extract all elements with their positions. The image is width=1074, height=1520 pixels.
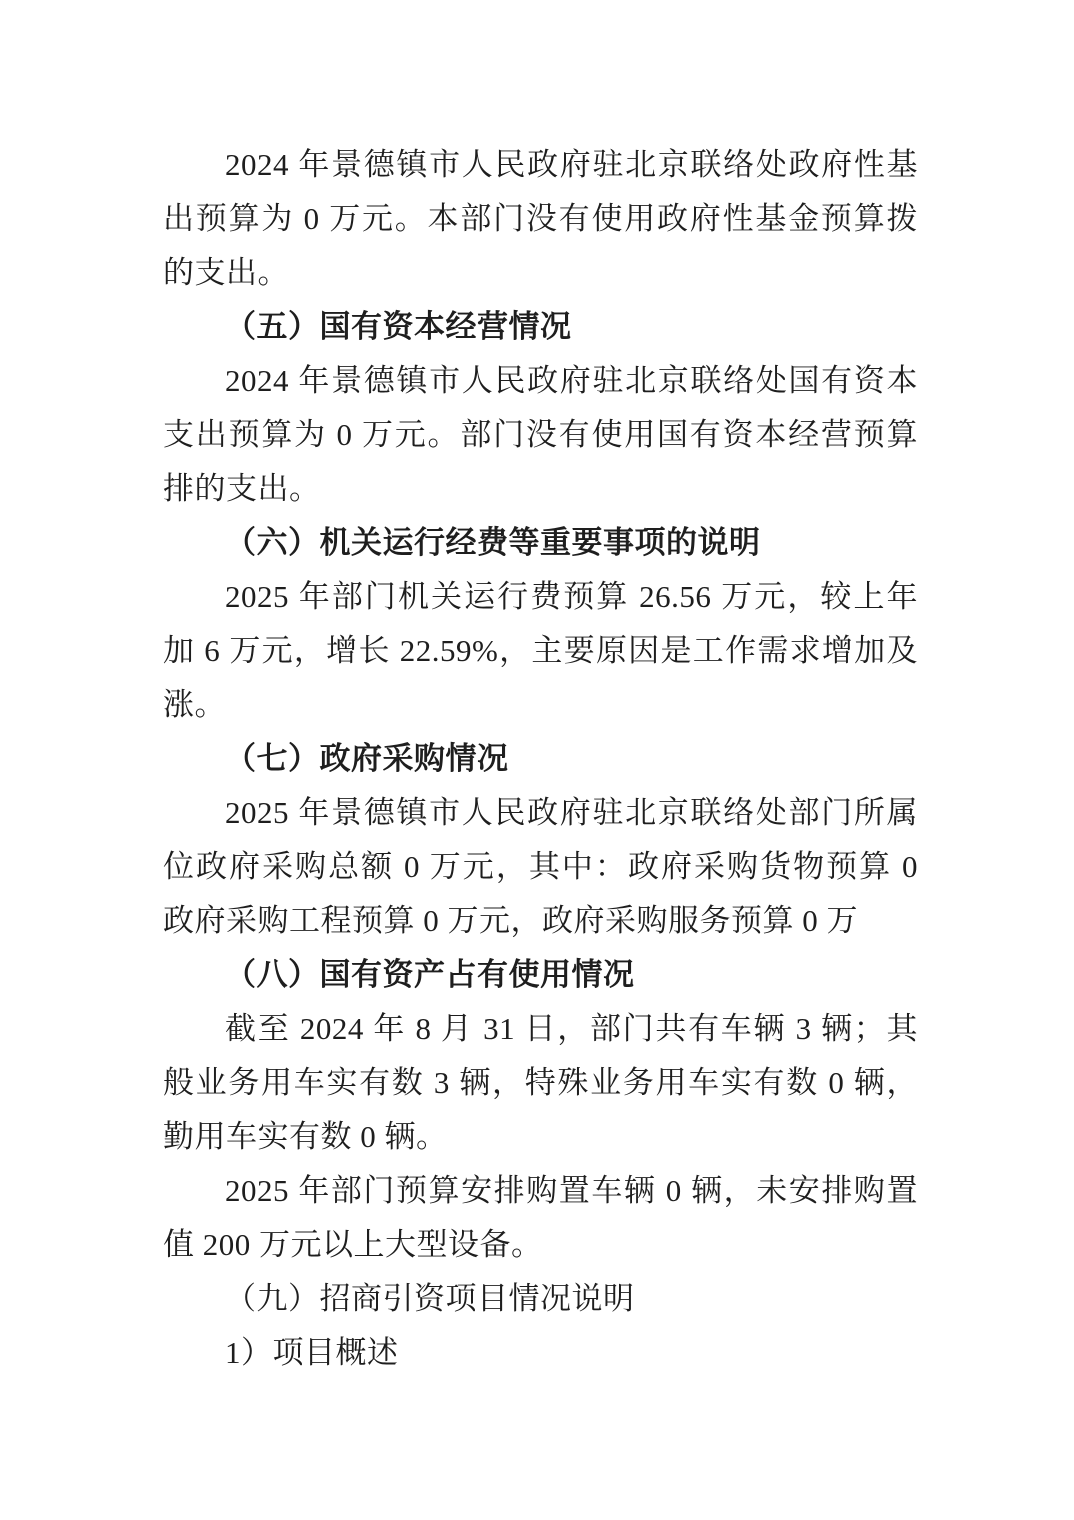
paragraph-line: 2024 年景德镇市人民政府驻北京联络处政府性基金支 — [163, 138, 918, 192]
paragraph-line: 般业务用车实有数 3 辆，特殊业务用车实有数 0 辆，执法执 — [163, 1056, 918, 1110]
paragraph-line: 截至 2024 年 8 月 31 日，部门共有车辆 3 辆；其中：一 — [163, 1002, 918, 1056]
paragraph-line: 位政府采购总额 0 万元，其中：政府采购货物预算 0 万元， — [163, 840, 918, 894]
subitem-heading: 1）项目概述 — [163, 1326, 918, 1380]
paragraph-line: 加 6 万元，增长 22.59%，主要原因是工作需求增加及物价上 — [163, 624, 918, 678]
paragraph-line: 政府采购工程预算 0 万元，政府采购服务预算 0 万元。 — [163, 894, 918, 948]
paragraph-line: 的支出。 — [163, 246, 918, 300]
paragraph-line: 2025 年景德镇市人民政府驻北京联络处部门所属各单 — [163, 786, 918, 840]
paragraph-line: 2024 年景德镇市人民政府驻北京联络处国有资本经营 — [163, 354, 918, 408]
paragraph-line: 涨。 — [163, 678, 918, 732]
section-heading-5: （五）国有资本经营情况 — [163, 300, 918, 354]
paragraph-line: 2025 年部门机关运行费预算 26.56 万元，较上年预算增 — [163, 570, 918, 624]
paragraph-line: 排的支出。 — [163, 462, 918, 516]
paragraph-line: 值 200 万元以上大型设备。 — [163, 1218, 918, 1272]
section-heading-9: （九）招商引资项目情况说明 — [163, 1272, 918, 1326]
section-heading-6: （六）机关运行经费等重要事项的说明 — [163, 516, 918, 570]
section-heading-7: （七）政府采购情况 — [163, 732, 918, 786]
document-page: 2024 年景德镇市人民政府驻北京联络处政府性基金支 出预算为 0 万元。本部门… — [0, 0, 1074, 1520]
paragraph-line: 出预算为 0 万元。本部门没有使用政府性基金预算拨款安排 — [163, 192, 918, 246]
paragraph-line: 2025 年部门预算安排购置车辆 0 辆，未安排购置单位价 — [163, 1164, 918, 1218]
section-heading-8: （八）国有资产占有使用情况 — [163, 948, 918, 1002]
paragraph-line: 勤用车实有数 0 辆。 — [163, 1110, 918, 1164]
paragraph-line: 支出预算为 0 万元。部门没有使用国有资本经营预算拨款安 — [163, 408, 918, 462]
